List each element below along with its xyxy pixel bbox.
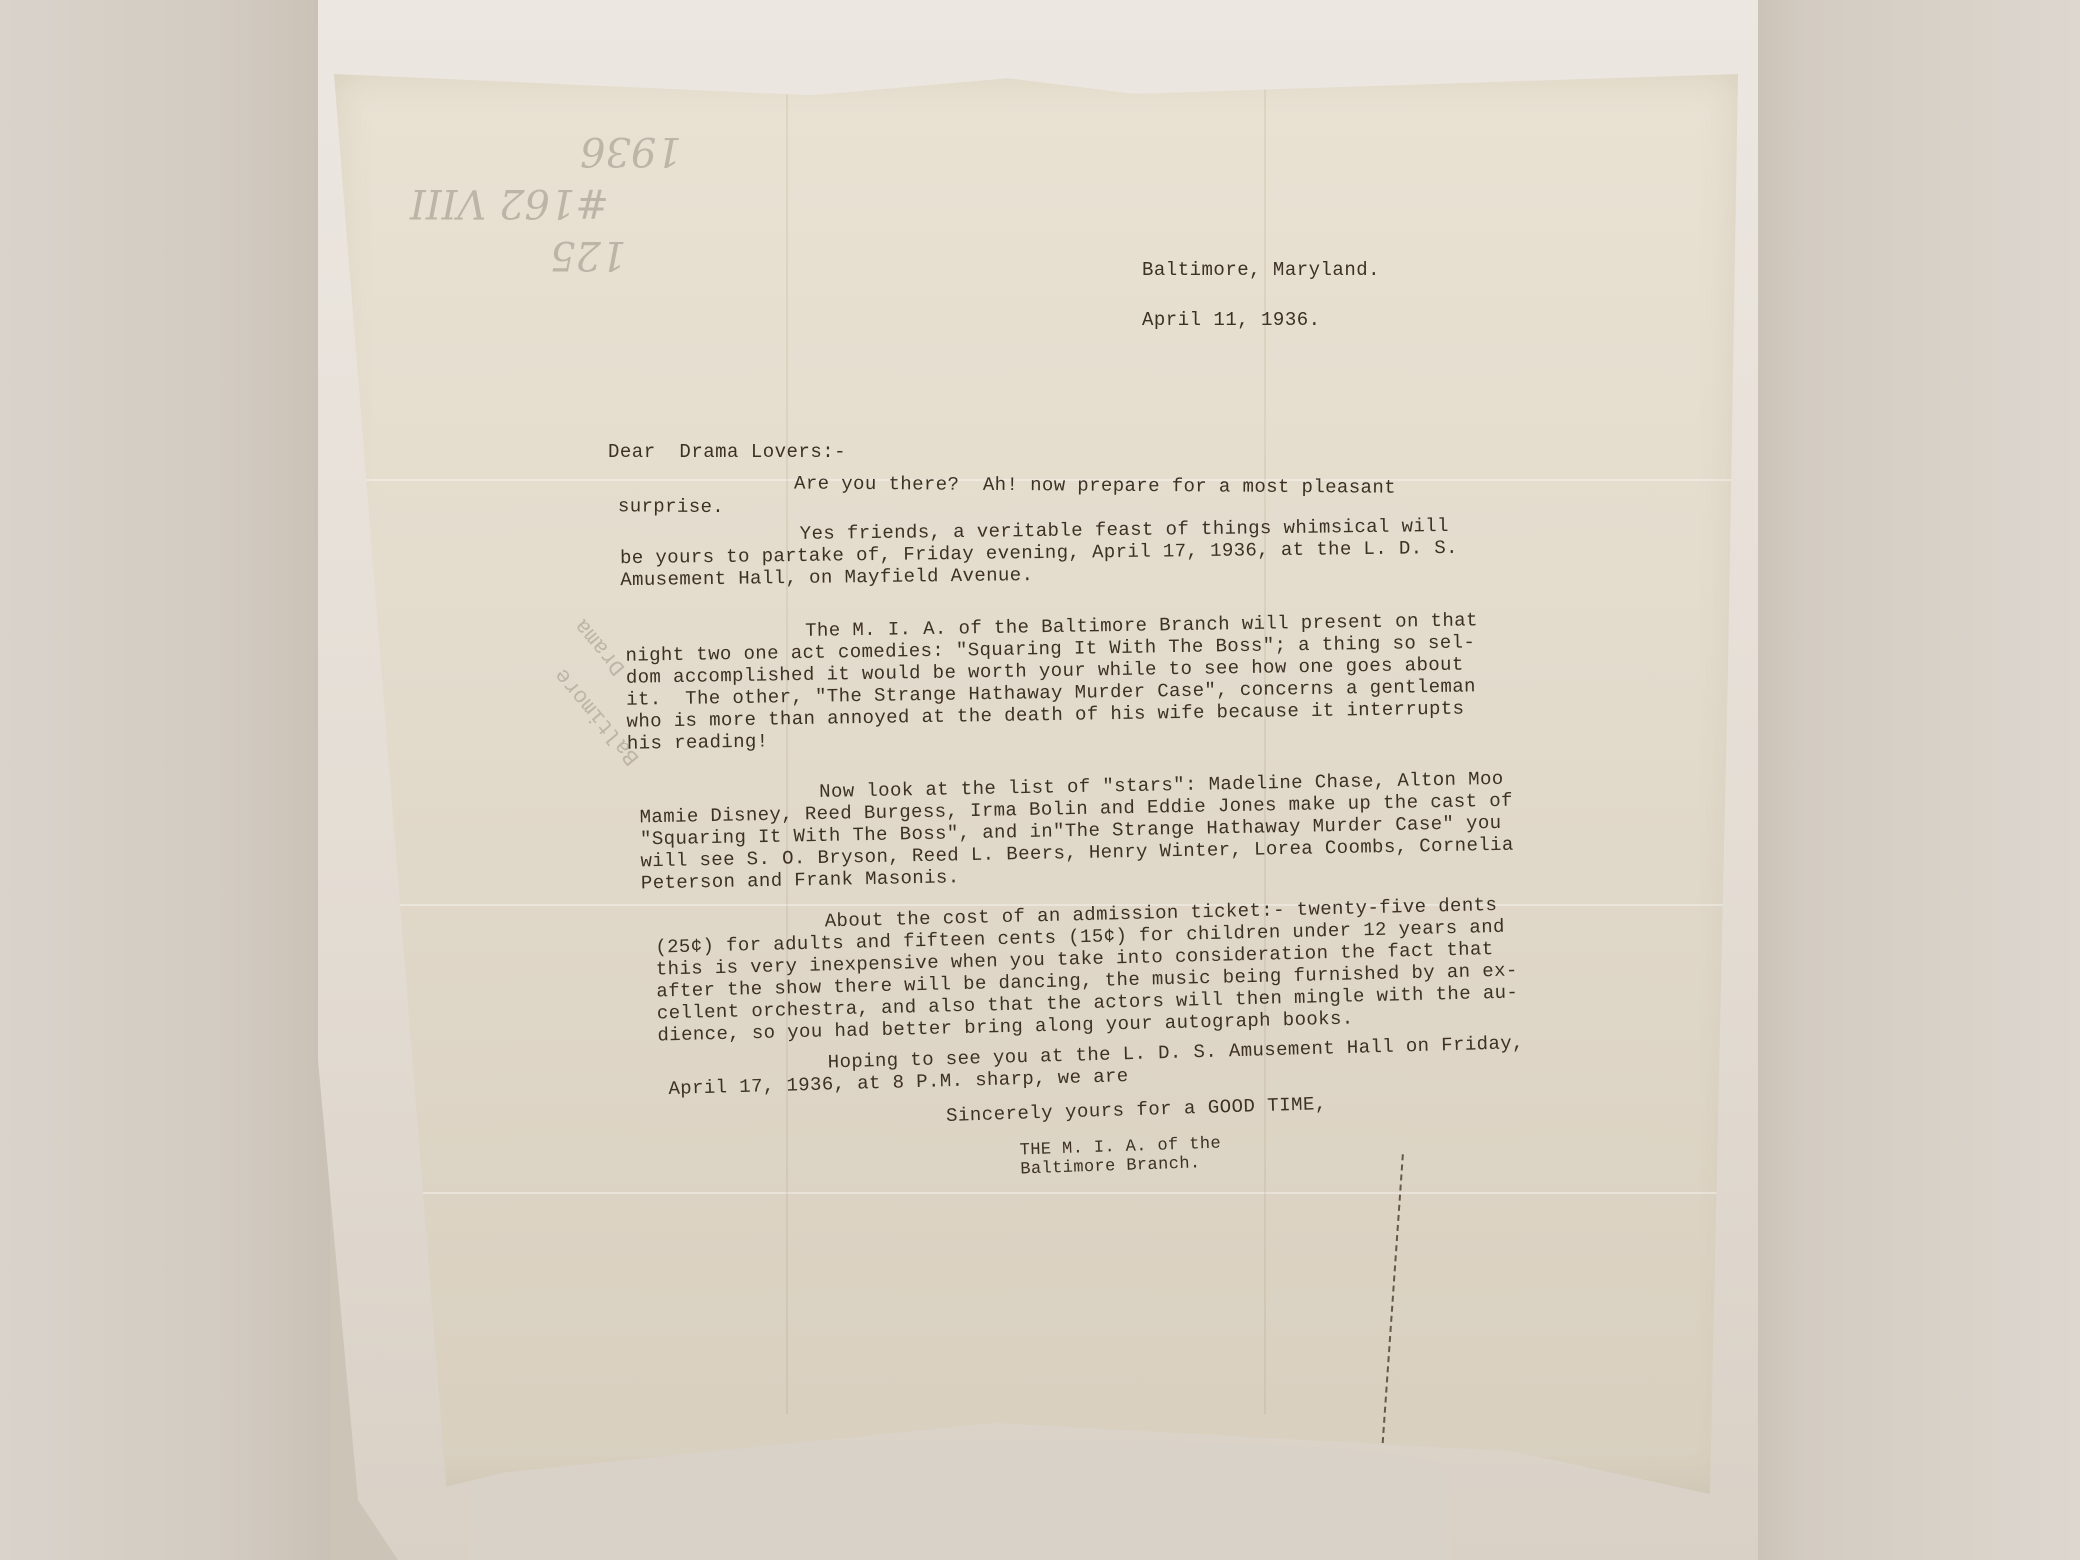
paragraph-4: Now look at the list of "stars": Madelin… [639,768,1514,895]
signature: THE M. I. A. of the Baltimore Branch. [1019,1134,1222,1179]
background-wall-right [1740,0,2080,1560]
salutation: Dear Drama Lovers:- [608,440,846,465]
paragraph-5: About the cost of an admission ticket:- … [655,893,1520,1046]
background-wall-left [0,0,330,1560]
tear-line [1378,1154,1407,1494]
paragraph-2: Yes friends, a veritable feast of things… [620,515,1459,591]
pencil-note: 125 [550,232,626,278]
paragraph-3: The M. I. A. of the Baltimore Branch wil… [625,609,1480,754]
letter-place: Baltimore, Maryland. [1142,258,1380,283]
pencil-note: 1936 [580,128,682,174]
fold-line [334,1192,1738,1194]
paragraph-line: Are you there? Ah! now prepare for a mos… [794,473,1396,499]
letter-date: April 11, 1936. [1142,308,1321,333]
pencil-note: #162 VIII [410,180,609,226]
paragraph-1: Are you there? Ah! now prepare for a mos… [618,471,1396,522]
